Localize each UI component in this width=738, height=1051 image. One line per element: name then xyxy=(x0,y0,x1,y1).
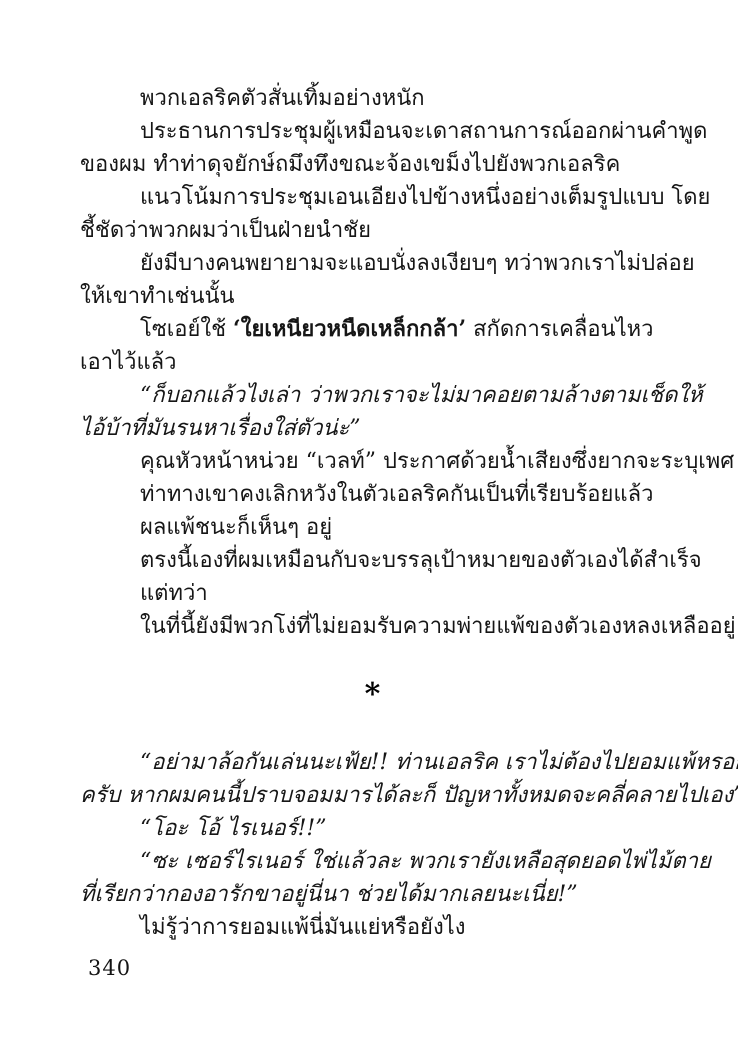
asterisk-glyph: * xyxy=(365,677,381,712)
text-line: ของผม ทำท่าดุจยักษ์ถมึงทึงขณะจ้องเขม็งไป… xyxy=(80,148,665,181)
dialogue-line: ครับ หากผมคนนี้ปราบจอมมารได้ละก็ ปัญหาทั… xyxy=(80,779,665,812)
text-line: พวกเอลริคตัวสั่นเทิ้มอย่างหนัก xyxy=(80,82,665,115)
dialogue-line: “อย่ามาล้อกันเล่นนะเฟ้ย!! ท่านเอลริค เรา… xyxy=(80,746,665,779)
text-line: ไม่รู้ว่าการยอมแพ้นี่มันแย่หรือยังไง xyxy=(80,911,665,944)
text-line: ประธานการประชุมผู้เหมือนจะเดาสถานการณ์ออ… xyxy=(80,115,665,148)
text-line: ท่าทางเขาคงเลิกหวังในตัวเอลริคกันเป็นที่… xyxy=(80,478,665,511)
section-separator: * xyxy=(80,643,665,746)
text-line: ยังมีบางคนพยายามจะแอบนั่งลงเงียบๆ ทว่าพว… xyxy=(80,247,665,280)
dialogue-line: “โอะ โอ้ ไรเนอร์!!” xyxy=(80,812,665,845)
text-line: โซเอย์ใช้ ‘ใยเหนียวหนืดเหล็กกล้า’ สกัดกา… xyxy=(80,313,665,346)
text-segment: สกัดการเคลื่อนไหว xyxy=(466,317,653,342)
dialogue-line: ไอ้บ้าที่มันรนหาเรื่องใส่ตัวน่ะ” xyxy=(80,412,665,445)
text-line: ชี้ชัดว่าพวกผมว่าเป็นฝ่ายนำชัย xyxy=(80,214,665,247)
text-line: ในที่นี้ยังมีพวกโง่ที่ไม่ยอมรับความพ่ายแ… xyxy=(80,610,665,643)
dialogue-line: ที่เรียกว่ากองอารักขาอยู่นี่นา ช่วยได้มา… xyxy=(80,878,665,911)
text-line: แต่ทว่า xyxy=(80,577,665,610)
text-segment: โซเอย์ใช้ xyxy=(140,317,233,342)
dialogue-line: “ก็บอกแล้วไงเล่า ว่าพวกเราจะไม่มาคอยตามล… xyxy=(80,379,665,412)
dialogue-line: “ซะ เซอร์ไรเนอร์ ใช่แล้วละ พวกเรายังเหลื… xyxy=(80,845,665,878)
text-line: คุณหัวหน้าหน่วย “เวลท์” ประกาศด้วยน้ำเสี… xyxy=(80,445,665,478)
text-block: พวกเอลริคตัวสั่นเทิ้มอย่างหนัก ประธานการ… xyxy=(80,82,665,944)
text-line: ให้เขาทำเช่นนั้น xyxy=(80,280,665,313)
text-line: เอาไว้แล้ว xyxy=(80,346,665,379)
page-number: 340 xyxy=(88,956,131,980)
book-page: พวกเอลริคตัวสั่นเทิ้มอย่างหนัก ประธานการ… xyxy=(0,0,738,1051)
skill-name-bold: ‘ใยเหนียวหนืดเหล็กกล้า’ xyxy=(233,316,466,342)
text-line: ผลแพ้ชนะก็เห็นๆ อยู่ xyxy=(80,511,665,544)
text-line: ตรงนี้เองที่ผมเหมือนกับจะบรรลุเป้าหมายขอ… xyxy=(80,544,665,577)
text-line: แนวโน้มการประชุมเอนเอียงไปข้างหนึ่งอย่าง… xyxy=(80,181,665,214)
